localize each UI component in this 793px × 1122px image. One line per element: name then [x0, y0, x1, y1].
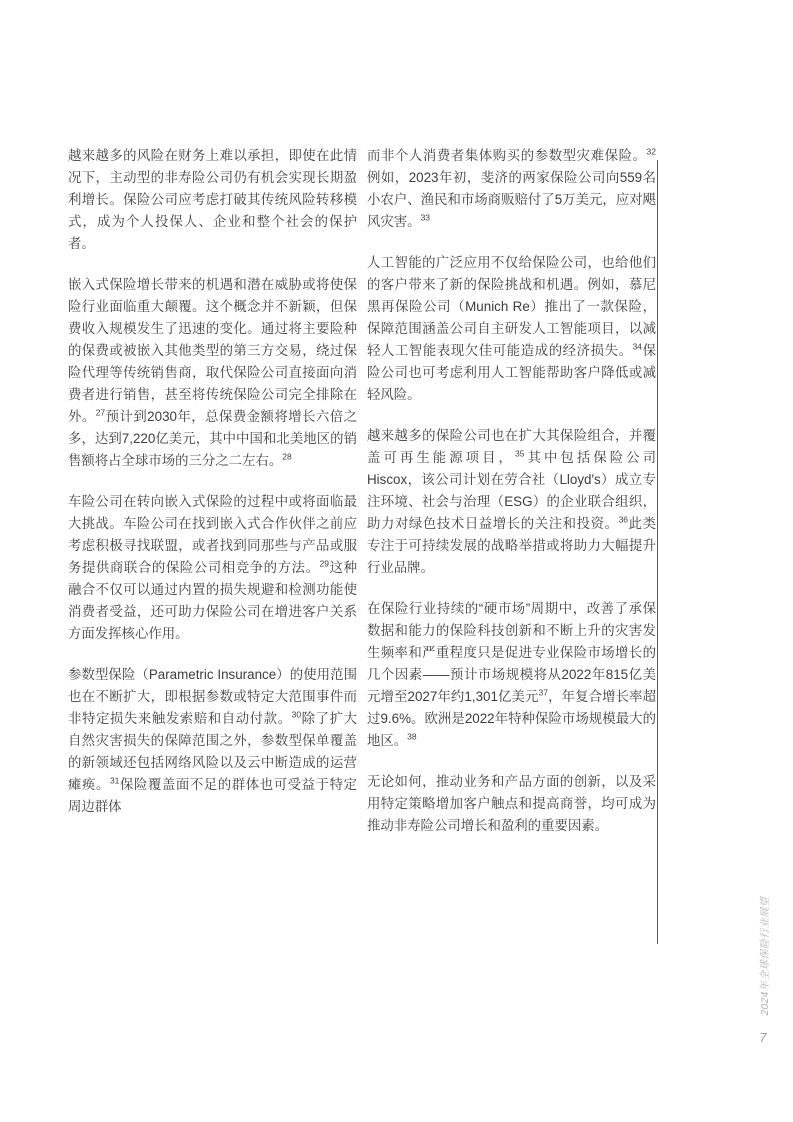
footnote-reference: 27	[96, 408, 105, 418]
paragraph: 在保险行业持续的“硬市场”周期中，改善了承保数据和能力的保险科技创新和不断上升的…	[367, 598, 656, 752]
vertical-divider-rule	[657, 160, 658, 944]
paragraph: 车险公司在转向嵌入式保险的过程中或将面临最大挑战。车险公司在找到嵌入式合作伙伴之…	[68, 491, 357, 645]
footnote-reference: 38	[407, 732, 416, 742]
footnote-reference: 35	[515, 449, 524, 459]
document-page: 越来越多的风险在财务上难以承担，即使在此情况下，主动型的非寿险公司仍有机会实现长…	[0, 0, 793, 1122]
paragraph: 无论如何，推动业务和产品方面的创新，以及采用特定策略增加客户触点和提高商誉，均可…	[367, 771, 656, 837]
footnote-reference: 31	[110, 776, 119, 786]
footnote-reference: 33	[421, 213, 430, 223]
footnote-reference: 36	[619, 515, 628, 525]
page-content: 越来越多的风险在财务上难以承担，即使在此情况下，主动型的非寿险公司仍有机会实现长…	[68, 145, 656, 856]
paragraph: 人工智能的广泛应用不仅给保险公司，也给他们的客户带来了新的保险挑战和机遇。例如，…	[367, 252, 656, 406]
left-column: 越来越多的风险在财务上难以承担，即使在此情况下，主动型的非寿险公司仍有机会实现长…	[68, 145, 357, 856]
footnote-reference: 28	[282, 452, 291, 462]
footnote-reference: 34	[633, 342, 642, 352]
paragraph: 越来越多的风险在财务上难以承担，即使在此情况下，主动型的非寿险公司仍有机会实现长…	[68, 145, 357, 255]
paragraph: 参数型保险（Parametric Insurance）的使用范围也在不断扩大，即…	[68, 664, 357, 818]
paragraph: 越来越多的保险公司也在扩大其保险组合，并覆盖可再生能源项目，35其中包括保险公司…	[367, 425, 656, 579]
paragraph: 而非个人消费者集体购买的参数型灾难保险。32例如，2023年初，斐济的两家保险公…	[367, 145, 656, 233]
paragraph: 嵌入式保险增长带来的机遇和潜在威胁或将使保险行业面临重大颠覆。这个概念并不新颖，…	[68, 274, 357, 472]
footnote-reference: 37	[539, 688, 548, 698]
right-column: 而非个人消费者集体购买的参数型灾难保险。32例如，2023年初，斐济的两家保险公…	[367, 145, 656, 856]
footnote-reference: 32	[647, 147, 656, 157]
report-title-vertical-label: 2024年全球保险行业展望	[756, 891, 770, 1021]
footnote-reference: 29	[320, 559, 329, 569]
footnote-reference: 30	[292, 710, 301, 720]
page-number: 7	[753, 1030, 773, 1045]
